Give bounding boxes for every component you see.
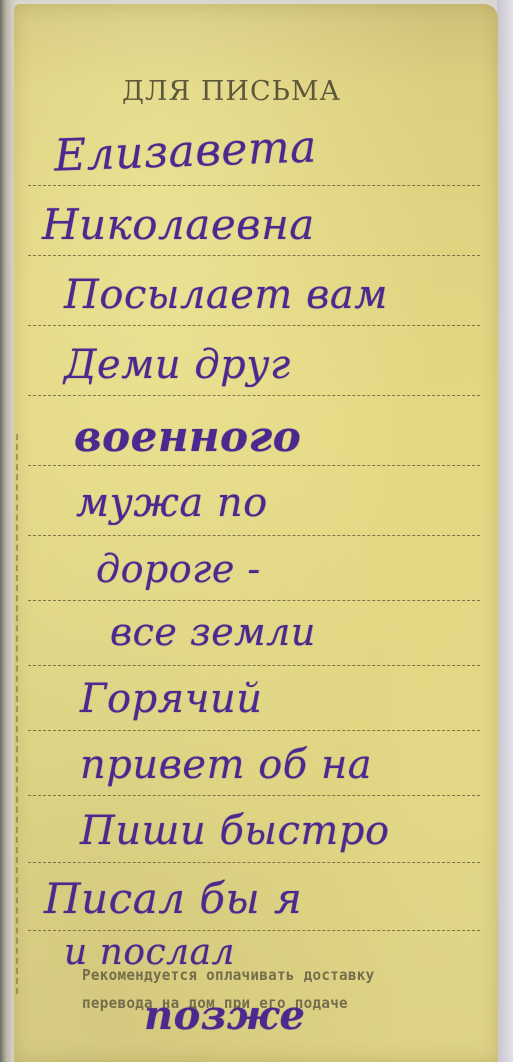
ruled-line (28, 600, 480, 601)
background-edge (497, 0, 513, 1062)
handwritten-line: Деми друг (64, 342, 291, 388)
handwritten-line: военного (74, 412, 301, 461)
handwritten-line: Пиши быстро (80, 808, 390, 854)
handwritten-line: Горячий (80, 676, 263, 722)
ruled-line (28, 255, 480, 256)
handwritten-line: позже (144, 992, 305, 1039)
letter-card: ДЛЯ ПИСЬМА Елизавета Николаевна Посылает… (14, 4, 498, 1062)
handwritten-line: Николаевна (42, 200, 315, 249)
margin-rule (16, 434, 18, 994)
handwritten-line: Елизавета (53, 121, 317, 181)
handwritten-line: Писал бы я (44, 874, 302, 923)
ruled-line (28, 535, 480, 536)
ruled-line (28, 185, 480, 186)
ruled-line (28, 395, 480, 396)
photo-background: ДЛЯ ПИСЬМА Елизавета Николаевна Посылает… (0, 0, 513, 1062)
ruled-line (28, 930, 480, 931)
ruled-line (28, 665, 480, 666)
printed-footer-line: Рекомендуется оплачивать доставку (82, 966, 481, 984)
ruled-line (28, 862, 480, 863)
handwritten-line: все земли (110, 610, 316, 654)
handwritten-line: дороге - (96, 547, 261, 591)
handwritten-line: привет об на (80, 742, 372, 788)
handwritten-line: Посылает вам (64, 272, 388, 318)
ruled-line (28, 325, 480, 326)
handwritten-line: мужа по (76, 480, 268, 526)
ruled-line (28, 795, 480, 796)
form-header-title: ДЛЯ ПИСЬМА (122, 76, 422, 107)
ruled-line (28, 465, 480, 466)
ruled-line (28, 730, 480, 731)
